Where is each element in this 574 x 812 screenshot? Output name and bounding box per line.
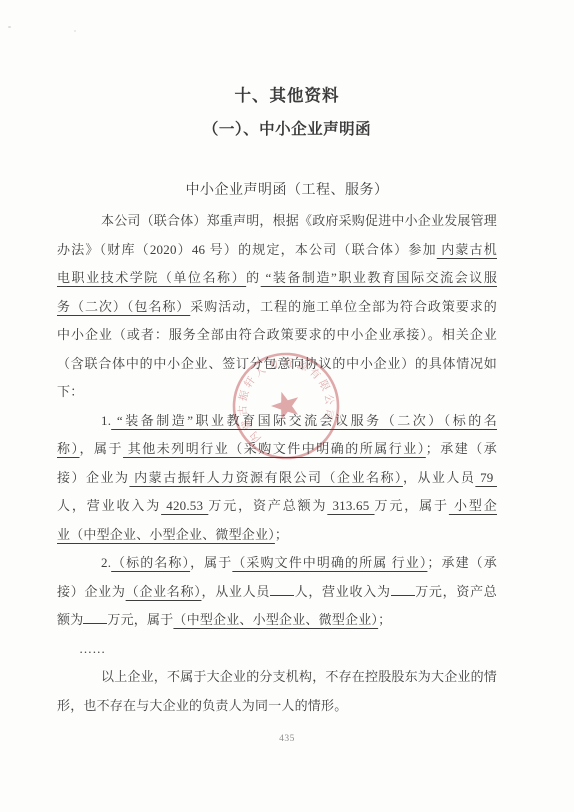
text-line: 本公司（联合体）郑重声明，根据《政府采购促进中小企业发展管理 (57, 207, 497, 236)
text-run: 万元，资产总额为 (208, 498, 327, 513)
text-run: 万元，资产总 (415, 584, 497, 599)
text-run: 本公司（联合体）郑重声明，根据《政府采购促进中小企业发展管理 (101, 213, 497, 228)
underlined-text: 79 (475, 470, 497, 485)
text-run: ； (275, 527, 288, 542)
underlined-text: 称） (57, 441, 80, 456)
underlined-text: 电职业技术学院（单位名称） (57, 270, 246, 285)
text-run: 人，营业收入为 (57, 498, 161, 513)
text-line: 形，也不存在与大企业的负责人为同一人的情形。 (57, 692, 497, 721)
text-run: 2. (101, 555, 111, 570)
text-run: ，从业人员 (403, 470, 475, 485)
text-line: …… (57, 635, 497, 664)
underlined-text: 其他未列明行业（采购文件中明确的所属行业） (123, 441, 426, 456)
subsection-heading: （一）、中小企业声明函 (0, 120, 574, 140)
blank-underline-field (391, 583, 415, 595)
underlined-text: 业（中型企业、小型企业、微型企业） (57, 527, 275, 542)
underlined-text: 小型企 (449, 498, 497, 513)
underlined-text: 420.53 (161, 498, 208, 513)
text-run: ；承建（承 (427, 555, 497, 570)
text-line: 2.（标的名称），属于（采购文件中明确的所属 行业）；承建（承 (57, 549, 497, 578)
text-run: 1. (101, 413, 111, 428)
underlined-text: 313.65 (327, 498, 374, 513)
scan-speck (74, 30, 76, 32)
text-run: ； (378, 612, 391, 627)
text-run: 万元，属于 (107, 612, 173, 627)
text-line: 中小企业（或者：服务全部由符合政策要求的中小企业承接）。相关企业 (57, 321, 497, 350)
underlined-text: 内蒙古机 (437, 242, 497, 257)
text-line: 电职业技术学院（单位名称）的 “装备制造”职业教育国际交流会议服 (57, 264, 497, 293)
text-line: 以上企业，不属于大企业的分支机构，不存在控股股东为大企业的情 (57, 663, 497, 692)
underlined-text: （中型企业、小型企业、微型企业） (173, 612, 378, 627)
blank-underline-field (270, 583, 294, 595)
text-line: 业（中型企业、小型企业、微型企业）； (57, 521, 497, 550)
text-run: 接）企业为 (57, 470, 129, 485)
text-line: 人，营业收入为 420.53 万元，资产总额为 313.65 万元，属于 小型企 (57, 492, 497, 521)
text-line: 接）企业为 内蒙古振轩人力资源有限公司（企业名称），从业人员 79 (57, 464, 497, 493)
underlined-text: 务（二次）（包名称） (57, 299, 190, 314)
document-body: 本公司（联合体）郑重声明，根据《政府采购促进中小企业发展管理办法》（财库（202… (57, 207, 497, 720)
document-title: 中小企业声明函（工程、服务） (0, 182, 574, 200)
text-run: ，从业人员 (201, 584, 270, 599)
underlined-text: （采购文件中明确的所属 行业） (232, 555, 427, 570)
underlined-text: 内蒙古振轩人力资源有限公司（企业名称） (129, 470, 403, 485)
blank-underline-field (83, 612, 107, 624)
underlined-text: （企业名称） (126, 584, 202, 599)
text-run: 接）企业为 (57, 584, 126, 599)
page-number: 435 (0, 734, 574, 744)
text-run: 形，也不存在与大企业的负责人为同一人的情形。 (57, 698, 347, 713)
text-run: 人，营业收入为 (294, 584, 391, 599)
text-run: …… (79, 641, 105, 656)
underlined-text: （标的名称） (111, 555, 190, 570)
underlined-text: “装备制造”职业教育国际交流会议服务（二次）（标的名 (111, 413, 497, 428)
text-run: 额为 (57, 612, 83, 627)
text-line: 额为万元，属于（中型企业、小型企业、微型企业）； (57, 606, 497, 635)
text-line: 下： (57, 378, 497, 407)
text-line: 务（二次）（包名称）采购活动，工程的施工单位全部为符合政策要求的 (57, 293, 497, 322)
text-run: 以上企业，不属于大企业的分支机构，不存在控股股东为大企业的情 (101, 669, 497, 684)
text-line: 1. “装备制造”职业教育国际交流会议服务（二次）（标的名 (57, 407, 497, 436)
document-page: 十、其他资料 （一）、中小企业声明函 中小企业声明函（工程、服务） 内蒙古振轩人… (0, 0, 574, 812)
text-line: 称），属于 其他未列明行业（采购文件中明确的所属行业）；承建（承 (57, 435, 497, 464)
text-run: 采购活动，工程的施工单位全部为符合政策要求的 (190, 299, 497, 314)
section-heading: 十、其他资料 (0, 86, 574, 106)
text-run: ，属于 (190, 555, 232, 570)
text-run: ，属于 (80, 441, 124, 456)
text-line: （含联合体中的中小企业、签订分包意向协议的中小企业）的具体情况如 (57, 350, 497, 379)
text-run: 中小企业（或者：服务全部由符合政策要求的中小企业承接）。相关企业 (57, 327, 497, 342)
text-run: 的 (246, 270, 261, 285)
scan-speck (8, 26, 11, 28)
text-run: （含联合体中的中小企业、签订分包意向协议的中小企业）的具体情况如 (57, 356, 497, 371)
underlined-text: “装备制造”职业教育国际交流会议服 (261, 270, 497, 285)
text-run: ；承建（承 (426, 441, 497, 456)
text-run: 办法》（财库（2020）46 号）的规定，本公司（联合体）参加 (57, 242, 437, 257)
text-run: 万元，属于 (375, 498, 449, 513)
text-run: 下： (57, 384, 83, 399)
text-line: 接）企业为（企业名称），从业人员人，营业收入为万元，资产总 (57, 578, 497, 607)
text-line: 办法》（财库（2020）46 号）的规定，本公司（联合体）参加 内蒙古机 (57, 236, 497, 265)
